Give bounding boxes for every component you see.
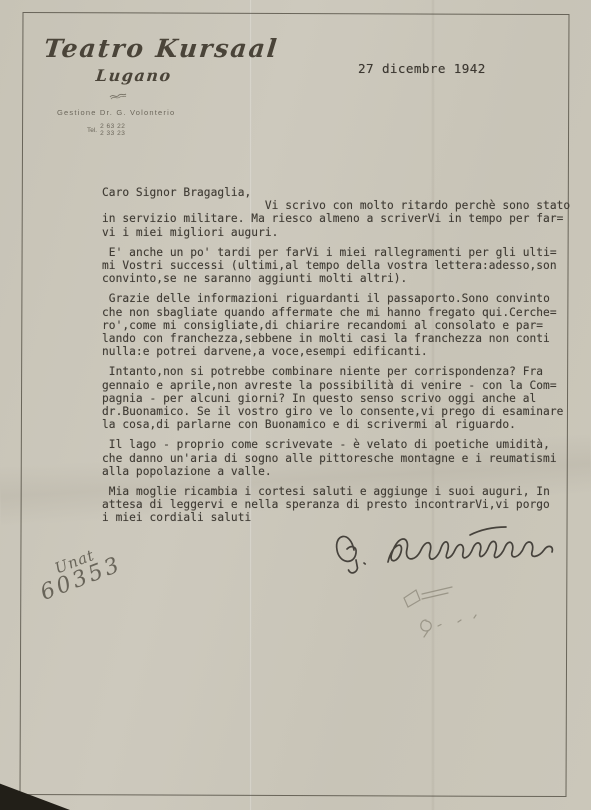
paragraph: Intanto,non si potrebbe combinare niente…: [102, 365, 574, 431]
corner-shadow: [0, 780, 70, 810]
telephone-label: Tel.: [87, 127, 97, 134]
letterhead-city: Lugano: [95, 66, 279, 85]
paragraph: Il lago - proprio come scrivevate - è ve…: [102, 438, 574, 478]
pencil-doodle: [392, 580, 482, 644]
letter-body: Caro Signor Bragaglia, Vi scrivo con mol…: [102, 186, 574, 532]
paragraph: E' anche un po' tardi per farVi i miei r…: [102, 246, 574, 286]
letterhead-telephone: Tel. 2 63 22 2 33 23: [87, 123, 278, 137]
letterhead: Teatro Kursaal Lugano Gestione Dr. G. Vo…: [44, 34, 278, 137]
telephone-number-1: 2 63 22: [100, 123, 125, 130]
letter-paper: Teatro Kursaal Lugano Gestione Dr. G. Vo…: [0, 0, 591, 810]
letterhead-theatre-name: Teatro Kursaal: [42, 34, 279, 63]
paragraph: Vi scrivo con molto ritardo perchè sono …: [102, 199, 574, 239]
letterhead-management: Gestione Dr. G. Volonterio: [57, 108, 278, 117]
letter-date: 27 dicembre 1942: [358, 61, 486, 76]
telephone-number-2: 2 33 23: [100, 130, 125, 137]
letterhead-flourish: [108, 92, 128, 100]
salutation: Caro Signor Bragaglia,: [102, 186, 574, 199]
archive-pencil-note: Unat 60353: [32, 538, 126, 606]
telephone-numbers: 2 63 22 2 33 23: [100, 123, 125, 137]
paragraph: Grazie delle informazioni riguardanti il…: [102, 292, 574, 358]
